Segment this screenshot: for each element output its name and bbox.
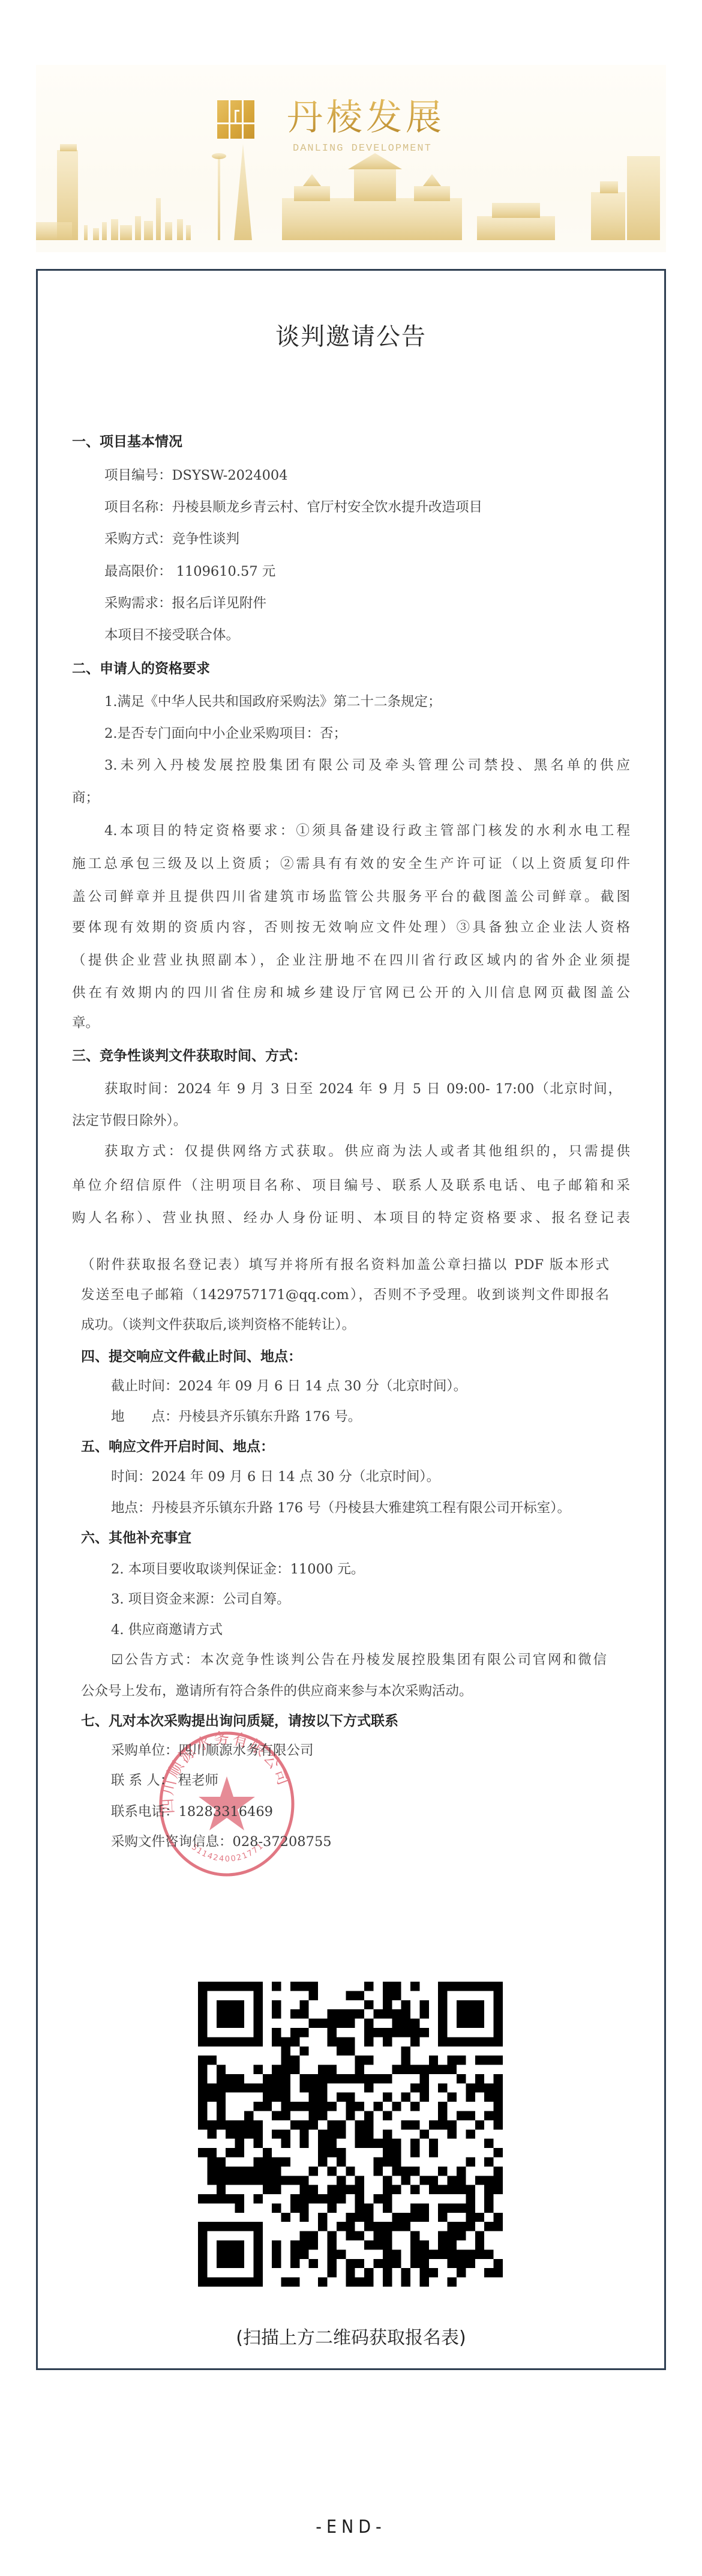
document-title: 谈判邀请公告: [38, 318, 664, 352]
qualification-4-cont: 要体现有效期的资质内容，否则按无效响应文件处理）③具备独立企业法人资格: [72, 918, 630, 937]
contact-person: 联 系 人： 程老师: [111, 1772, 218, 1790]
qualification-4-cont: 章。: [72, 1014, 99, 1032]
acquisition-method-cont: （附件获取报名登记表）填写并将所有报名资料加盖公章扫描以 PDF 版本形式: [81, 1256, 609, 1274]
submission-email: 发送至电子邮箱（1429757171@qq.com），否则不予受理。收到谈判文件…: [81, 1286, 609, 1304]
announcement-method-cont: 公众号上发布，邀请所有符合条件的供应商来参与本次采购活动。: [81, 1682, 473, 1700]
no-consortium-note: 本项目不接受联合体。: [104, 626, 239, 644]
qualification-4-cont: 施工总承包三级及以上资质；②需具有有效的安全生产许可证（以上资质复印件: [72, 855, 630, 873]
section-3-heading: 三、竞争性谈判文件获取时间、方式：: [72, 1047, 307, 1065]
acquisition-method-cont: 单位介绍信原件（注明项目名称、项目编号、联系人及联系电话、电子邮箱和采: [72, 1177, 630, 1195]
invitation-method: 4. 供应商邀请方式: [111, 1621, 223, 1639]
section-7-heading: 七、凡对本次采购提出询问质疑，请按以下方式联系: [81, 1712, 398, 1730]
fund-source: 3. 项目资金来源：公司自筹。: [111, 1590, 290, 1608]
qr-caption: (扫描上方二维码获取报名表): [38, 2323, 664, 2349]
max-price: 最高限价： 1109610.57 元: [104, 563, 275, 581]
acquisition-method-cont: 购人名称）、营业执照、经办人身份证明、本项目的特定资格要求、报名登记表: [72, 1209, 630, 1227]
section-1-heading: 一、项目基本情况: [72, 433, 182, 451]
procurement-requirement: 采购需求：报名后详见附件: [104, 594, 266, 612]
acquisition-time: 获取时间：2024 年 9 月 3 日至 2024 年 9 月 5 日 09:0…: [104, 1080, 622, 1098]
deposit-info: 2. 本项目要收取谈判保证金：11000 元。: [111, 1560, 364, 1578]
announcement-method: ☑公告方式：本次竞争性谈判公告在丹棱发展控股集团有限公司官网和微信: [111, 1651, 607, 1669]
acquisition-time-cont: 法定节假日除外）。: [72, 1112, 187, 1130]
deadline-time: 截止时间：2024 年 09 月 6 日 14 点 30 分（北京时间）。: [111, 1377, 467, 1395]
qualification-3: 3.未列入丹棱发展控股集团有限公司及牵头管理公司禁投、黑名单的供应: [104, 756, 630, 774]
section-4-heading: 四、提交响应文件截止时间、地点：: [81, 1348, 302, 1366]
registration-qr-code[interactable]: [198, 1982, 503, 2287]
section-2-heading: 二、申请人的资格要求: [72, 660, 210, 678]
purchaser-unit: 采购单位：四川顺源水务有限公司: [111, 1742, 314, 1760]
qualification-4-cont: 盖公司鲜章并且提供四川省建筑市场监管公共服务平台的截图盖公司鲜章。截图: [72, 888, 630, 906]
project-name: 项目名称：丹棱县顺龙乡青云村、官厅村安全饮水提升改造项目: [104, 498, 482, 516]
qualification-2: 2.是否专门面向中小企业采购项目：否；: [104, 725, 347, 743]
section-6-heading: 六、其他补充事宜: [81, 1529, 191, 1547]
acquisition-note: 成功。（谈判文件获取后,谈判资格不能转让）。: [81, 1316, 355, 1334]
opening-time: 时间：2024 年 09 月 6 日 14 点 30 分（北京时间）。: [111, 1468, 440, 1486]
deadline-location: 地 点：丹棱县齐乐镇东升路 176 号。: [111, 1408, 361, 1426]
opening-location: 地点：丹棱县齐乐镇东升路 176 号（丹棱县大雅建筑工程有限公司开标室）。: [111, 1499, 571, 1517]
qualification-4-cont: （提供企业营业执照副本），企业注册地不在四川省行政区域内的省外企业须提: [72, 952, 630, 970]
header-banner: 丹棱发展 DANLING DEVELOPMENT: [36, 65, 666, 252]
city-skyline-illustration: [36, 132, 666, 252]
notice-document: 谈判邀请公告 一、项目基本情况 项目编号：DSYSW-2024004 项目名称：…: [36, 269, 666, 2370]
consult-phone: 采购文件咨询信息：028-37208755: [111, 1833, 332, 1851]
acquisition-method: 获取方式：仅提供网络方式获取。供应商为法人或者其他组织的，只需提供: [104, 1142, 630, 1160]
qualification-4-cont: 供在有效期内的四川省住房和城乡建设厅官网已公开的入川信息网页截图盖公: [72, 984, 630, 1002]
qualification-3-cont: 商；: [72, 789, 99, 807]
brand-name-cn: 丹棱发展: [287, 98, 445, 137]
qualification-4: 4.本项目的特定资格要求：①须具备建设行政主管部门核发的水利水电工程: [104, 822, 630, 840]
qualification-1: 1.满足《中华人民共和国政府采购法》第二十二条规定；: [104, 693, 441, 711]
end-marker: -END-: [0, 2517, 702, 2538]
contact-phone: 联系电话：18283316469: [111, 1803, 273, 1821]
project-number: 项目编号：DSYSW-2024004: [104, 466, 288, 484]
procurement-method: 采购方式：竞争性谈判: [104, 530, 239, 548]
section-5-heading: 五、响应文件开启时间、地点：: [81, 1438, 274, 1456]
